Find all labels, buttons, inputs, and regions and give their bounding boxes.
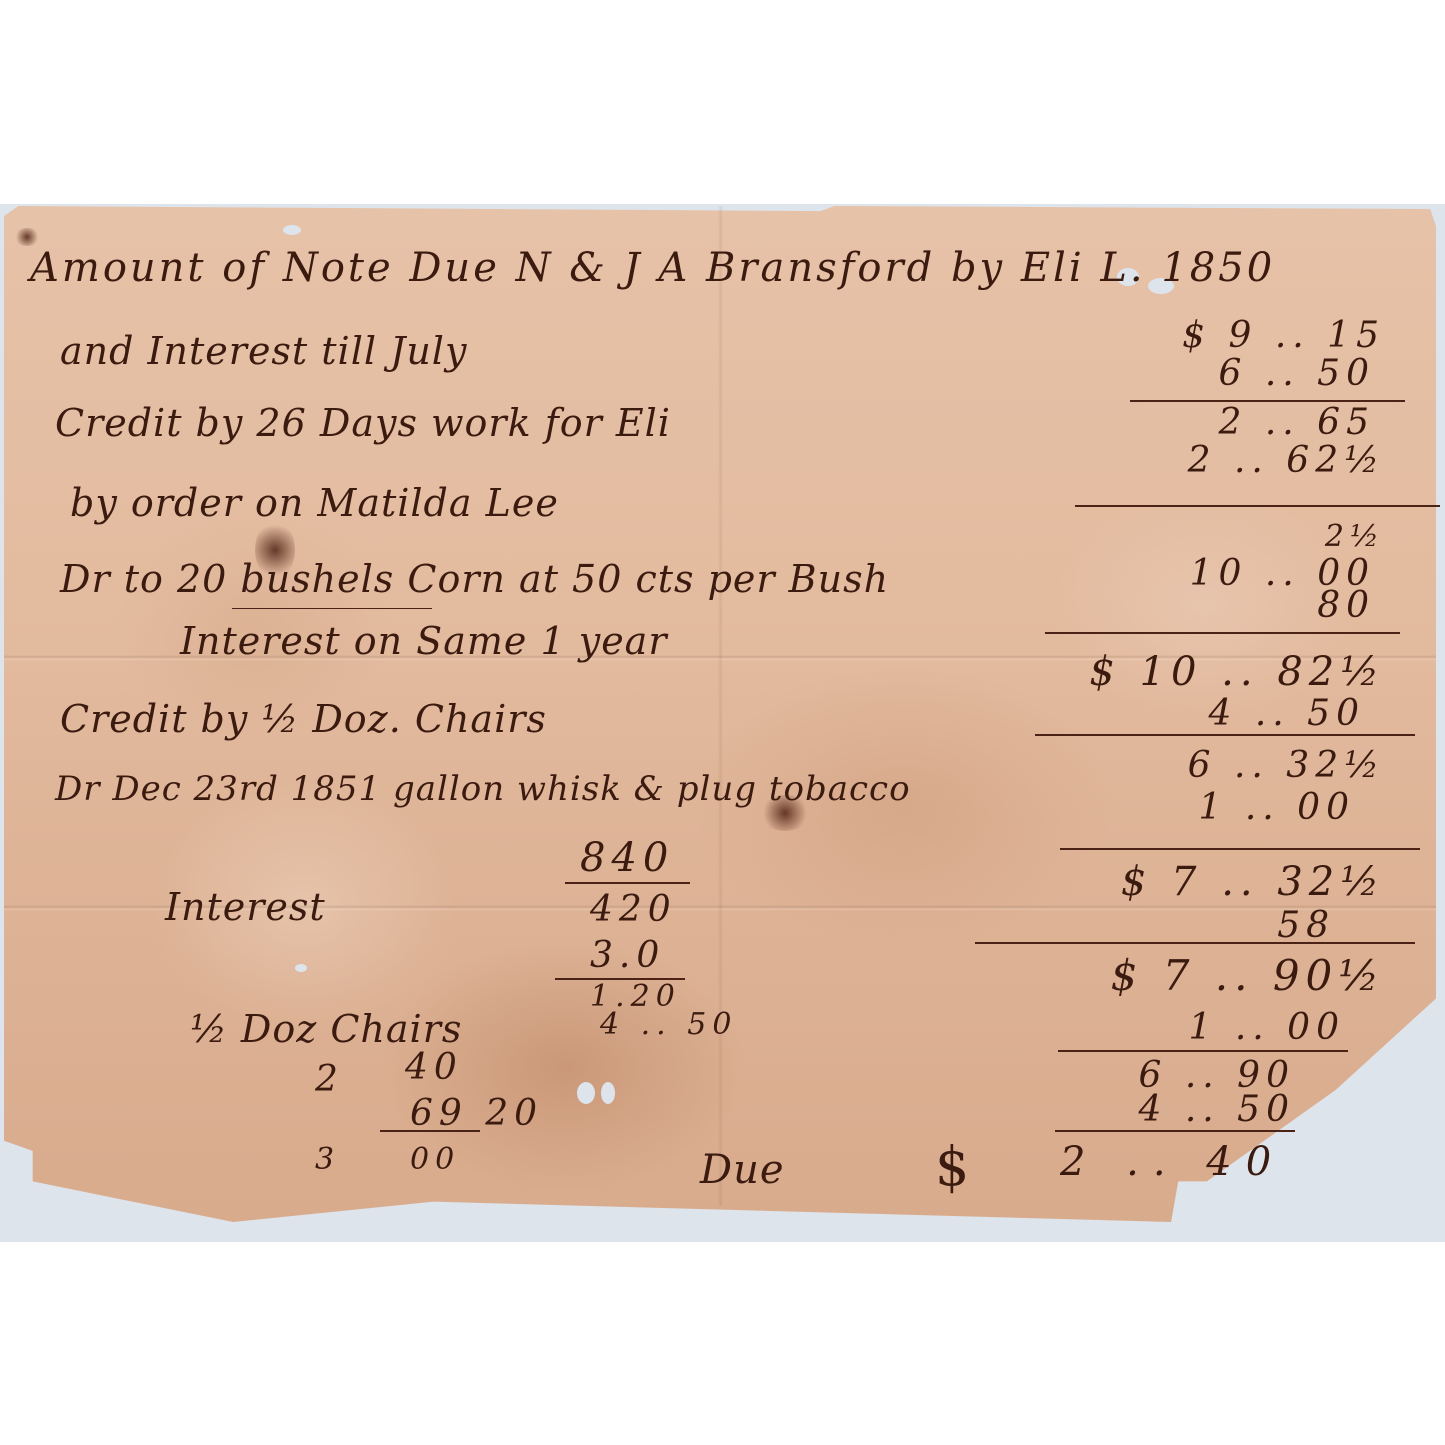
calc-value-3: 3.0: [590, 938, 665, 974]
amount-whisky-tobacco: 1 .. 00: [1199, 790, 1356, 826]
amount-matilda-order: 2 .. 62½: [1188, 443, 1385, 479]
calc-misc-2: 2: [315, 1062, 344, 1098]
sum-rule: [975, 942, 1415, 944]
entry-credit-days-work: Credit by 26 Days work for Eli: [55, 404, 671, 442]
amount-subtotal-3: 6 .. 32½: [1188, 748, 1385, 784]
calc-rule: [380, 1130, 480, 1132]
calc-misc-00: 00: [410, 1145, 460, 1175]
label-interest: Interest: [165, 888, 326, 926]
calc-rule: [565, 882, 690, 884]
amount-due-total: 2 .. 40: [1060, 1142, 1285, 1182]
heading-line-2: and Interest till July: [60, 332, 467, 370]
calc-chairs-value: 4 .. 50: [600, 1010, 737, 1040]
sum-rule: [1060, 848, 1420, 850]
amount-days-work: 6 .. 50: [1219, 356, 1376, 392]
paper-hole: [283, 225, 301, 235]
amount-chairs-credit: 4 .. 50: [1139, 1092, 1296, 1128]
amount-subtotal-4: $ 7 .. 32½: [1121, 862, 1385, 902]
sum-rule: [1075, 505, 1440, 507]
calc-misc-3: 3: [315, 1145, 340, 1175]
amount-subtotal-1: 2 .. 65: [1219, 405, 1376, 441]
label-due: Due: [700, 1150, 785, 1190]
paper-fold-vertical: [718, 206, 723, 1206]
calc-value-840: 840: [580, 838, 674, 878]
sum-rule: [1035, 734, 1415, 736]
amount-subtotal-5: $ 7 .. 90½: [1111, 955, 1385, 997]
calc-value-420: 420: [590, 892, 677, 928]
entry-dec-whisky-tobacco: Dr Dec 23rd 1851 gallon whisk & plug tob…: [55, 772, 911, 806]
paper-hole: [295, 964, 307, 972]
amount-balance-fraction: 2½: [1325, 522, 1385, 552]
entry-credit-chairs: Credit by ½ Doz. Chairs: [60, 700, 547, 738]
label-half-doz-chairs: ½ Doz Chairs: [190, 1010, 462, 1048]
calc-misc-6920: 69 20: [410, 1096, 543, 1132]
paper-hole: [577, 1082, 595, 1104]
paper-hole: [601, 1082, 615, 1104]
sum-rule: [1055, 1130, 1295, 1132]
ink-spot: [14, 228, 40, 246]
amount-interest-58: 58: [1277, 908, 1335, 944]
entry-order-matilda: by order on Matilda Lee: [70, 484, 559, 522]
amount-chairs: 4 .. 50: [1209, 696, 1366, 732]
entry-interest-same: Interest on Same 1 year: [180, 622, 668, 660]
entry-bushels-corn: Dr to 20 bushels Corn at 50 cts per Bush: [60, 560, 889, 598]
calc-misc-40: 40: [405, 1050, 463, 1086]
sum-rule: [1045, 632, 1400, 634]
amount-note-due: $ 9 .. 15: [1182, 318, 1385, 354]
amount-interest-corn: 80: [1317, 588, 1375, 624]
underline: [232, 608, 432, 609]
sum-rule: [1058, 1050, 1348, 1052]
heading-line-1: Amount of Note Due N & J A Bransford by …: [30, 248, 1275, 288]
amount-credit-1: 1 .. 00: [1189, 1010, 1346, 1046]
amount-subtotal-2: $ 10 .. 82½: [1089, 652, 1385, 692]
dollar-sign-icon: $: [935, 1140, 970, 1194]
